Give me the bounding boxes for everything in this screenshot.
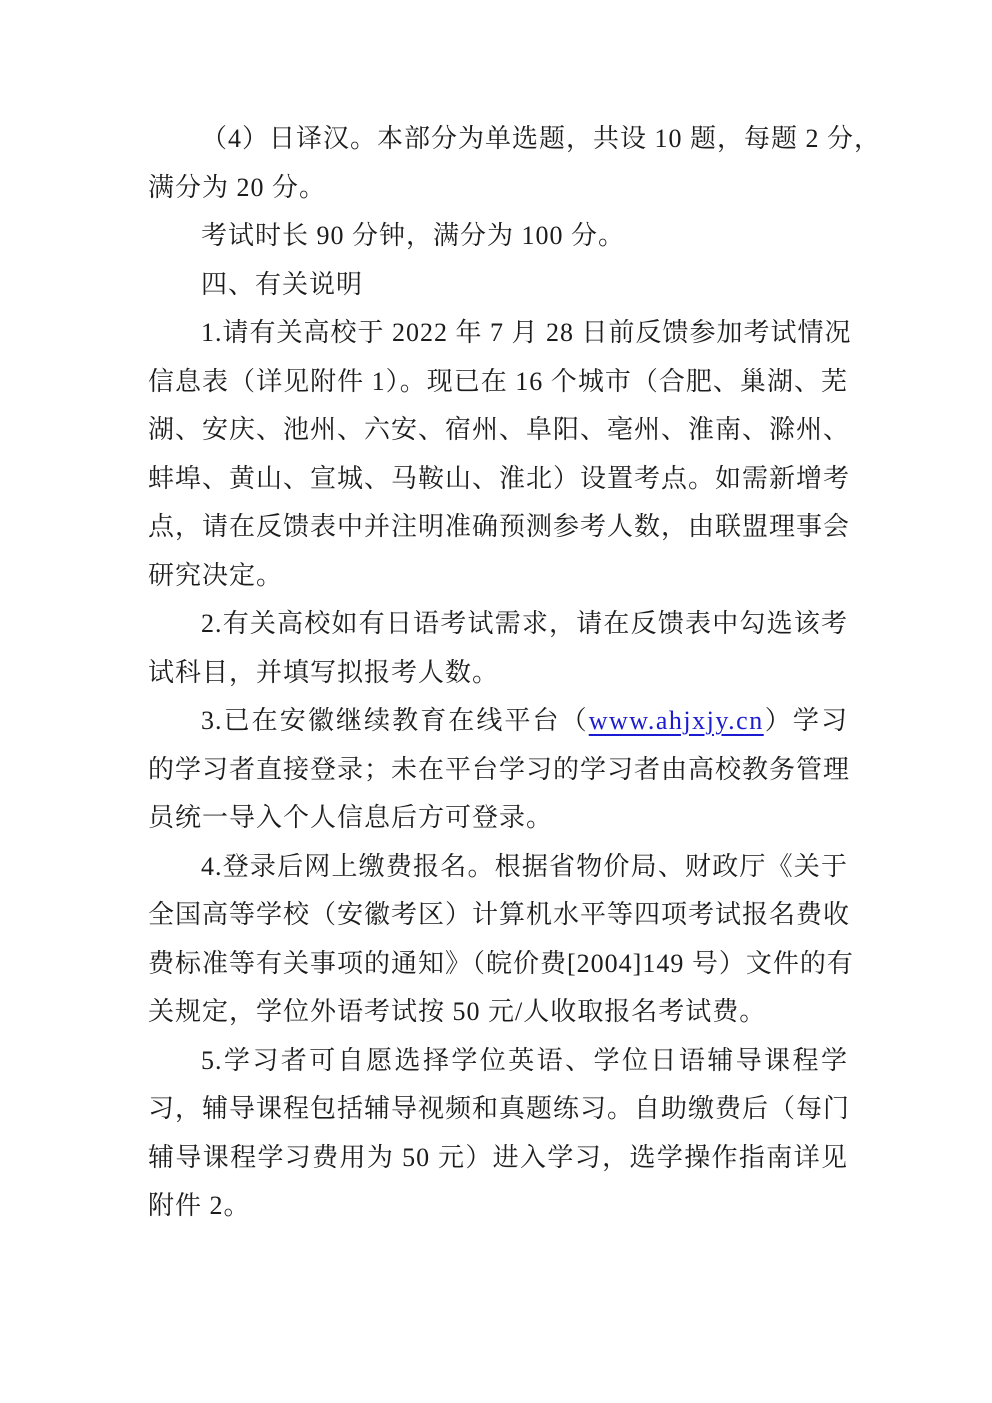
text-run: 四、有关说明 — [201, 270, 363, 299]
text-run: 全国高等学校（安徽考区）计算机水平等四项考试报名费收 — [148, 900, 850, 929]
text-run: 2.有关高校如有日语考试需求，请在反馈表中勾选该考 — [201, 609, 848, 638]
text-line: （4）日译汉。本部分为单选题，共设 10 题，每题 2 分， — [148, 115, 848, 164]
text-run: 满分为 20 分。 — [148, 173, 326, 202]
text-line: 1.请有关高校于 2022 年 7 月 28 日前反馈参加考试情况 — [148, 309, 848, 358]
text-line: 关规定，学位外语考试按 50 元/人收取报名考试费。 — [148, 988, 848, 1037]
text-run: 研究决定。 — [148, 561, 283, 590]
text-line: 5.学习者可自愿选择学位英语、学位日语辅导课程学 — [148, 1037, 848, 1086]
paragraph: 考试时长 90 分钟，满分为 100 分。 — [148, 212, 848, 261]
text-run: 考试时长 90 分钟，满分为 100 分。 — [201, 221, 625, 250]
paragraph: 5.学习者可自愿选择学位英语、学位日语辅导课程学习，辅导课程包括辅导视频和真题练… — [148, 1037, 848, 1231]
text-line: 满分为 20 分。 — [148, 164, 848, 213]
text-line: 研究决定。 — [148, 552, 848, 601]
text-line: 习，辅导课程包括辅导视频和真题练习。自助缴费后（每门 — [148, 1085, 848, 1134]
text-run: 试科目，并填写拟报考人数。 — [148, 658, 499, 687]
text-line: 蚌埠、黄山、宣城、马鞍山、淮北）设置考点。如需新增考 — [148, 455, 848, 504]
text-line: 2.有关高校如有日语考试需求，请在反馈表中勾选该考 — [148, 600, 848, 649]
text-line: 湖、安庆、池州、六安、宿州、阜阳、亳州、淮南、滁州、 — [148, 406, 848, 455]
text-run: （4）日译汉。本部分为单选题，共设 10 题，每题 2 分， — [201, 124, 881, 153]
text-run: ）学习 — [764, 706, 848, 735]
paragraph: 1.请有关高校于 2022 年 7 月 28 日前反馈参加考试情况信息表（详见附… — [148, 309, 848, 600]
document-body: （4）日译汉。本部分为单选题，共设 10 题，每题 2 分，满分为 20 分。考… — [148, 115, 848, 1231]
text-line: 信息表（详见附件 1）。现已在 16 个城市（合肥、巢湖、芜 — [148, 358, 848, 407]
section-heading: 四、有关说明 — [148, 261, 848, 310]
text-run: 辅导课程学习费用为 50 元）进入学习，选学操作指南详见 — [148, 1143, 848, 1172]
paragraph: （4）日译汉。本部分为单选题，共设 10 题，每题 2 分，满分为 20 分。 — [148, 115, 848, 212]
text-run: 5.学习者可自愿选择学位英语、学位日语辅导课程学 — [201, 1046, 848, 1075]
paragraph: 2.有关高校如有日语考试需求，请在反馈表中勾选该考试科目，并填写拟报考人数。 — [148, 600, 848, 697]
text-line: 四、有关说明 — [148, 261, 848, 310]
text-line: 的学习者直接登录；未在平台学习的学习者由高校教务管理 — [148, 746, 848, 795]
text-line: 4.登录后网上缴费报名。根据省物价局、财政厅《关于 — [148, 843, 848, 892]
text-run: 习，辅导课程包括辅导视频和真题练习。自助缴费后（每门 — [148, 1094, 850, 1123]
text-run: 蚌埠、黄山、宣城、马鞍山、淮北）设置考点。如需新增考 — [148, 464, 850, 493]
document-page: （4）日译汉。本部分为单选题，共设 10 题，每题 2 分，满分为 20 分。考… — [0, 0, 992, 1403]
paragraph: 3.已在安徽继续教育在线平台（www.ahjxjy.cn）学习的学习者直接登录；… — [148, 697, 848, 843]
link-www-ahjxjy-cn[interactable]: www.ahjxjy.cn — [589, 706, 764, 735]
text-run: 员统一导入个人信息后方可登录。 — [148, 803, 553, 832]
text-line: 费标准等有关事项的通知》（皖价费[2004]149 号）文件的有 — [148, 940, 848, 989]
text-line: 附件 2。 — [148, 1182, 848, 1231]
text-run: 3.已在安徽继续教育在线平台（ — [201, 706, 589, 735]
text-line: 员统一导入个人信息后方可登录。 — [148, 794, 848, 843]
text-run: 点，请在反馈表中并注明准确预测参考人数，由联盟理事会 — [148, 512, 850, 541]
text-line: 辅导课程学习费用为 50 元）进入学习，选学操作指南详见 — [148, 1134, 848, 1183]
text-run: 4.登录后网上缴费报名。根据省物价局、财政厅《关于 — [201, 852, 848, 881]
text-run: 费标准等有关事项的通知》（皖价费[2004]149 号）文件的有 — [148, 949, 854, 978]
paragraph: 4.登录后网上缴费报名。根据省物价局、财政厅《关于全国高等学校（安徽考区）计算机… — [148, 843, 848, 1037]
text-line: 试科目，并填写拟报考人数。 — [148, 649, 848, 698]
text-run: 关规定，学位外语考试按 50 元/人收取报名考试费。 — [148, 997, 766, 1026]
text-line: 3.已在安徽继续教育在线平台（www.ahjxjy.cn）学习 — [148, 697, 848, 746]
text-line: 点，请在反馈表中并注明准确预测参考人数，由联盟理事会 — [148, 503, 848, 552]
text-run: 信息表（详见附件 1）。现已在 16 个城市（合肥、巢湖、芜 — [148, 367, 848, 396]
text-run: 湖、安庆、池州、六安、宿州、阜阳、亳州、淮南、滁州、 — [148, 415, 850, 444]
text-run: 的学习者直接登录；未在平台学习的学习者由高校教务管理 — [148, 755, 850, 784]
text-line: 考试时长 90 分钟，满分为 100 分。 — [148, 212, 848, 261]
text-line: 全国高等学校（安徽考区）计算机水平等四项考试报名费收 — [148, 891, 848, 940]
text-run: 附件 2。 — [148, 1191, 251, 1220]
text-run: 1.请有关高校于 2022 年 7 月 28 日前反馈参加考试情况 — [201, 318, 852, 347]
